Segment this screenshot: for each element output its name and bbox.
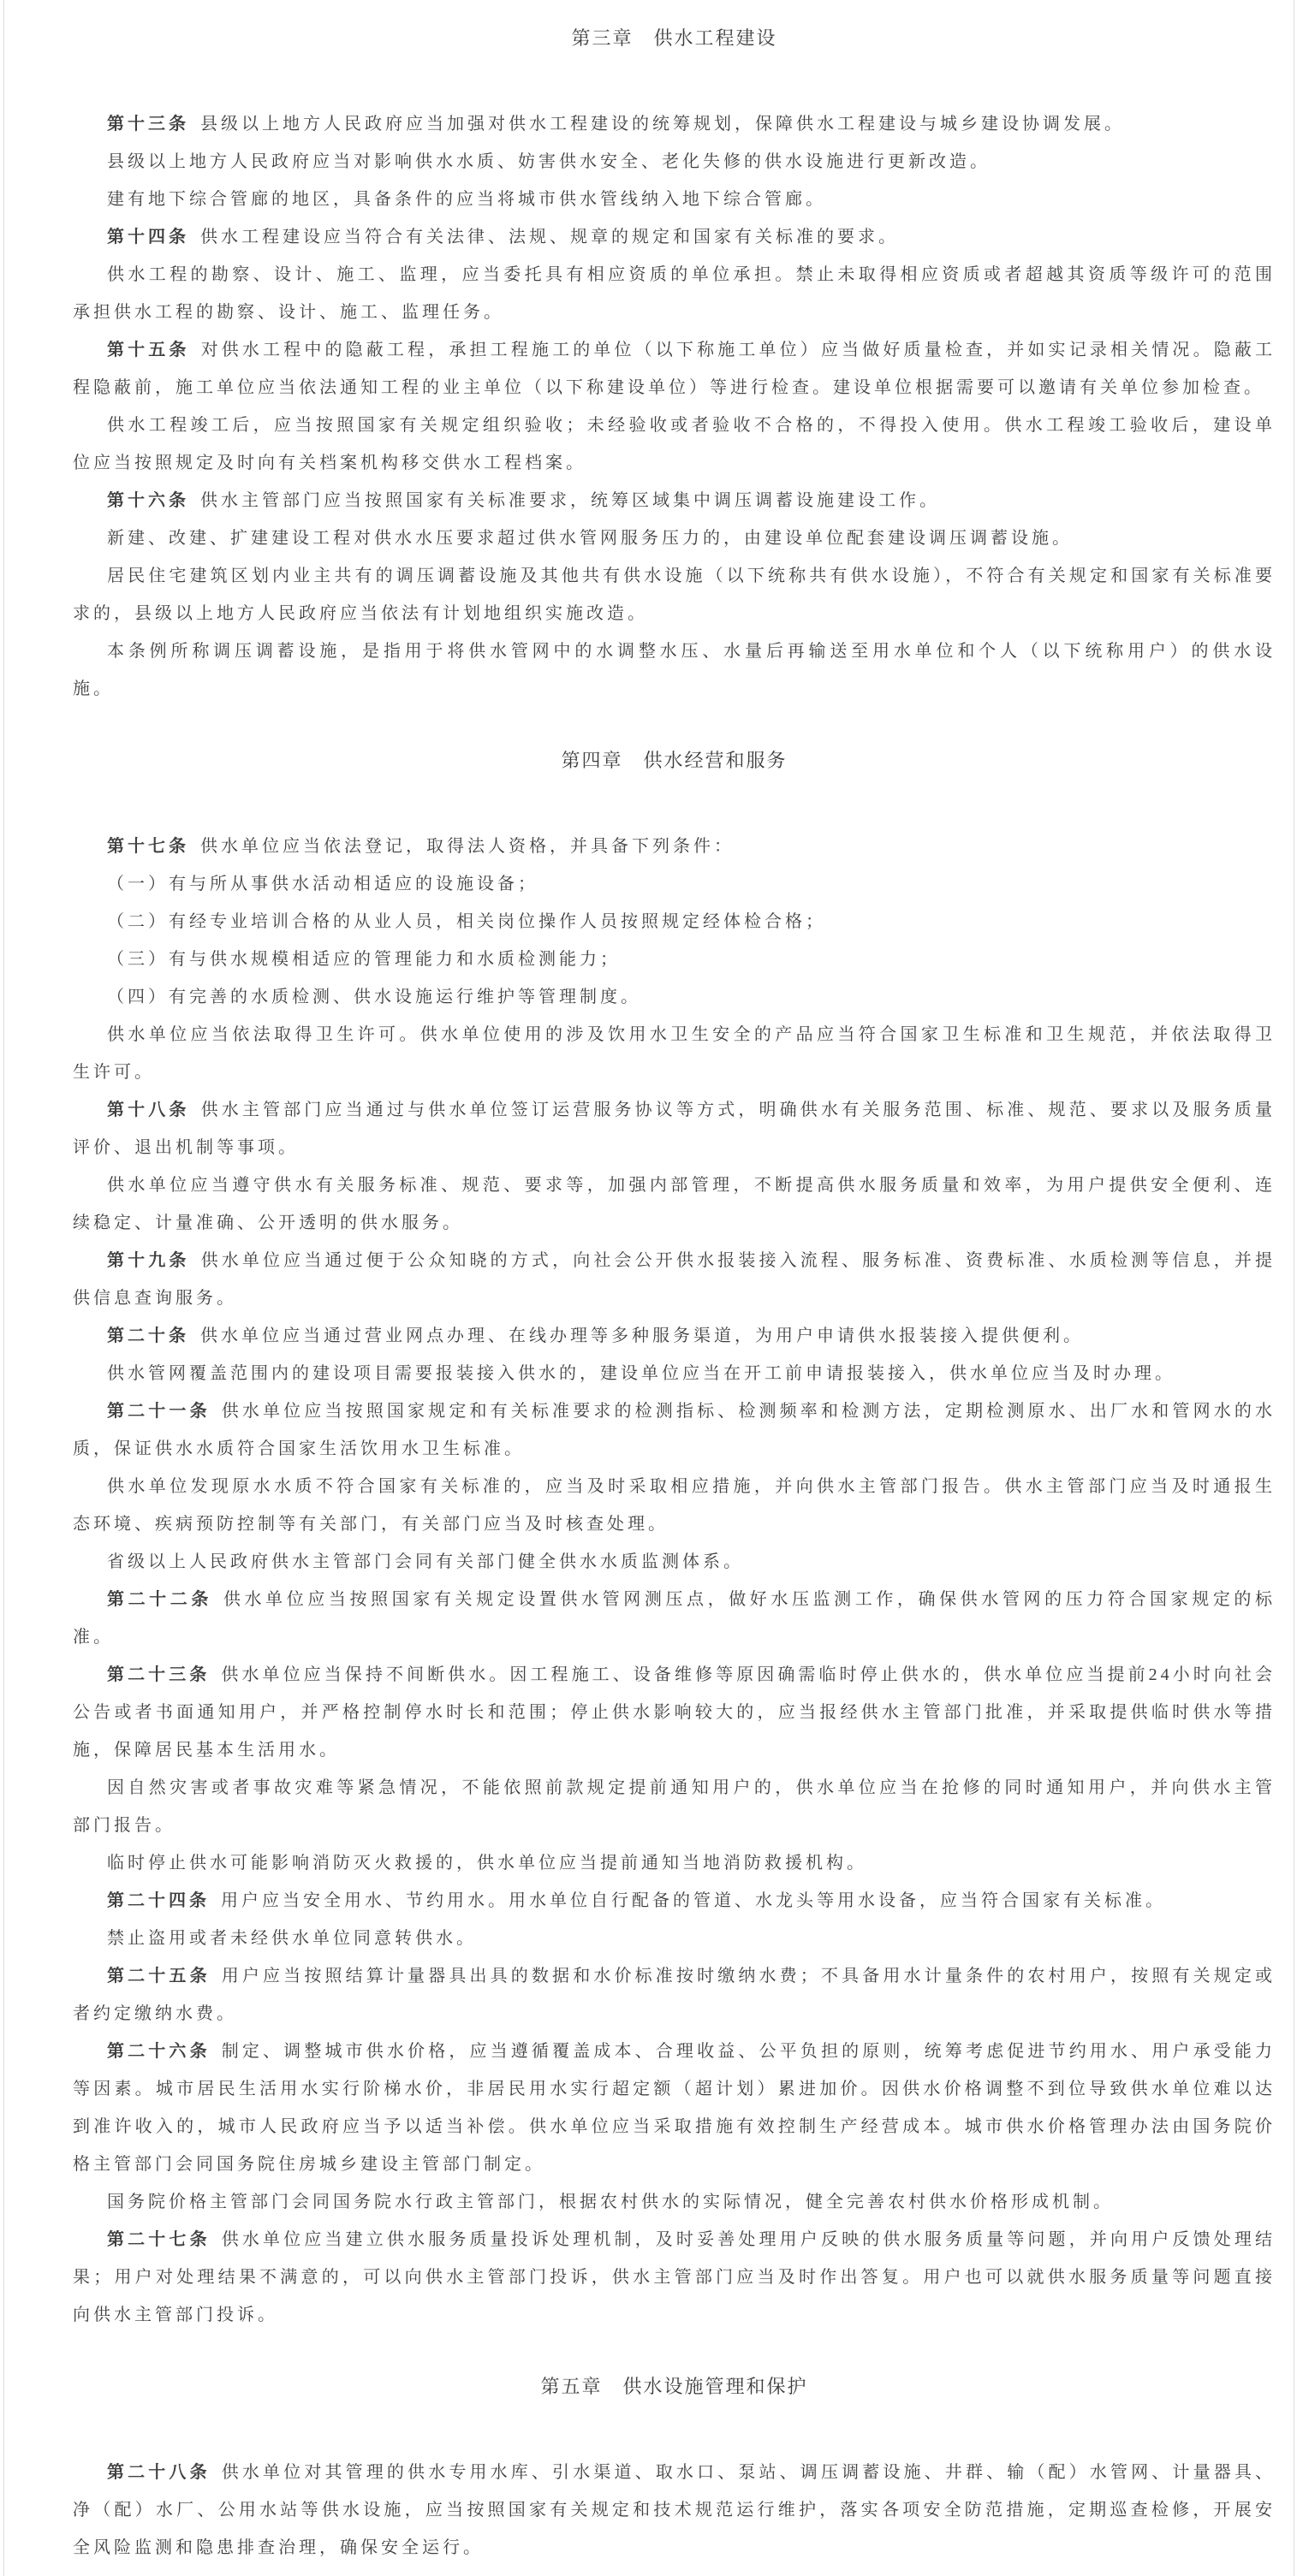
paragraph-text: 新建、改建、扩建建设工程对供水水压要求超过供水管网服务压力的，由建设单位配套建设… (107, 529, 1073, 548)
paragraph: 临时停止供水可能影响消防灭火救援的，供水单位应当提前通知当地消防救援机构。 (73, 1844, 1276, 1882)
paragraph: 供水单位发现原水水质不符合国家有关标准的，应当及时采取相应措施，并向供水主管部门… (73, 1468, 1276, 1543)
paragraph-text: （三）有与供水规模相适应的管理能力和水质检测能力； (107, 950, 621, 969)
paragraph-text: 供水单位应当依法取得卫生许可。供水单位使用的涉及饮用水卫生安全的产品应当符合国家… (73, 1025, 1276, 1082)
paragraph-text: 县级以上地方人民政府应当对影响供水水质、妨害供水安全、老化失修的供水设施进行更新… (107, 152, 991, 171)
paragraph-text: 县级以上地方人民政府应当加强对供水工程建设的统筹规划，保障供水工程建设与城乡建设… (200, 115, 1125, 134)
article-paragraph: 第二十八条供水单位对其管理的供水专用水库、引水渠道、取水口、泵站、调压调蓄设施、… (73, 2454, 1276, 2567)
paragraph: 本条例所称调压调蓄设施，是指用于将供水管网中的水调整水压、水量后再输送至用水单位… (73, 632, 1276, 708)
paragraph: 供水工程竣工后，应当按照国家有关规定组织验收；未经验收或者验收不合格的，不得投入… (73, 407, 1276, 482)
article-number: 第二十二条 (107, 1590, 212, 1609)
article-number: 第十七条 (107, 837, 189, 856)
article-number: 第二十三条 (107, 1665, 210, 1684)
paragraph: 供水单位应当遵守供水有关服务标准、规范、要求等，加强内部管理，不断提高供水服务质… (73, 1166, 1276, 1242)
paragraph-text: 用户应当安全用水、节约用水。用水单位自行配备的管道、水龙头等用水设备，应当符合国… (221, 1891, 1166, 1910)
paragraph: 居民住宅建筑区划内业主共有的调压调蓄设施及其他共有供水设施（以下统称共有供水设施… (73, 557, 1276, 632)
article-number: 第二十八条 (107, 2463, 211, 2482)
paragraph-text: 供水主管部门应当按照国家有关标准要求，统筹区域集中调压调蓄设施建设工作。 (200, 491, 940, 510)
article-paragraph: 第十六条供水主管部门应当按照国家有关标准要求，统筹区域集中调压调蓄设施建设工作。 (73, 482, 1276, 519)
paragraph-text: 供水单位应当依法登记，取得法人资格，并具备下列条件： (200, 837, 735, 856)
paragraph: 新建、改建、扩建建设工程对供水水压要求超过供水管网服务压力的，由建设单位配套建设… (73, 519, 1276, 557)
article-number: 第十九条 (107, 1251, 190, 1270)
paragraph: （四）有完善的水质检测、供水设施运行维护等管理制度。 (73, 978, 1276, 1016)
chapter-title: 第四章 供水经营和服务 (73, 742, 1276, 780)
article-paragraph: 第二十四条用户应当安全用水、节约用水。用水单位自行配备的管道、水龙头等用水设备，… (73, 1882, 1276, 1920)
paragraph-text: 临时停止供水可能影响消防灭火救援的，供水单位应当提前通知当地消防救援机构。 (107, 1854, 867, 1873)
paragraph-text: 省级以上人民政府供水主管部门会同有关部门健全供水水质监测体系。 (107, 1552, 744, 1571)
document-page: 第三章 供水工程建设第十三条县级以上地方人民政府应当加强对供水工程建设的统筹规划… (3, 0, 1294, 2576)
paragraph-text: 制定、调整城市供水价格，应当遵循覆盖成本、合理收益、公平负担的原则，统筹考虑促进… (73, 2042, 1276, 2174)
paragraph-text: （一）有与所从事供水活动相适应的设施设备； (107, 875, 538, 893)
article-paragraph: 第二十五条用户应当按照结算计量器具出具的数据和水价标准按时缴纳水费；不具备用水计… (73, 1957, 1276, 2033)
paragraph-text: 供水单位应当保持不间断供水。因工程施工、设备维修等原因确需临时停止供水的，供水单… (73, 1665, 1276, 1760)
paragraph-text: 供水管网覆盖范围内的建设项目需要报装接入供水的，建设单位应当在开工前申请报装接入… (107, 1364, 1175, 1383)
article-number: 第十五条 (107, 341, 190, 359)
article-paragraph: 第十五条对供水工程中的隐蔽工程，承担工程施工的单位（以下称施工单位）应当做好质量… (73, 331, 1276, 407)
paragraph: 国务院价格主管部门会同国务院水行政主管部门，根据农村供水的实际情况，健全完善农村… (73, 2183, 1276, 2221)
article-number: 第二十一条 (107, 1402, 211, 1421)
regulation-body: 第三章 供水工程建设第十三条县级以上地方人民政府应当加强对供水工程建设的统筹规划… (73, 20, 1276, 2567)
article-number: 第二十七条 (107, 2230, 211, 2249)
article-number: 第二十五条 (107, 1967, 211, 1985)
article-paragraph: 第十三条县级以上地方人民政府应当加强对供水工程建设的统筹规划，保障供水工程建设与… (73, 105, 1276, 143)
article-paragraph: 第二十三条供水单位应当保持不间断供水。因工程施工、设备维修等原因确需临时停止供水… (73, 1656, 1276, 1769)
article-paragraph: 第十九条供水单位应当通过便于公众知晓的方式，向社会公开供水报装接入流程、服务标准… (73, 1242, 1276, 1317)
paragraph: 因自然灾害或者事故灾难等紧急情况，不能依照前款规定提前通知用户的，供水单位应当在… (73, 1769, 1276, 1844)
paragraph-text: 供水单位应当按照国家规定和有关标准要求的检测指标、检测频率和检测方法，定期检测原… (73, 1402, 1276, 1458)
paragraph-text: 供水单位应当按照国家有关规定设置供水管网测压点，做好水压监测工作，确保供水管网的… (73, 1590, 1276, 1647)
paragraph-text: 本条例所称调压调蓄设施，是指用于将供水管网中的水调整水压、水量后再输送至用水单位… (73, 642, 1276, 698)
article-paragraph: 第十八条供水主管部门应当通过与供水单位签订运营服务协议等方式，明确供水有关服务范… (73, 1091, 1276, 1166)
paragraph-text: 供水单位应当通过便于公众知晓的方式，向社会公开供水报装接入流程、服务标准、资费标… (73, 1251, 1276, 1308)
paragraph-text: 供水单位对其管理的供水专用水库、引水渠道、取水口、泵站、调压调蓄设施、井群、输（… (73, 2463, 1276, 2557)
paragraph-text: 供水单位应当遵守供水有关服务标准、规范、要求等，加强内部管理，不断提高供水服务质… (73, 1176, 1276, 1232)
article-paragraph: 第十七条供水单位应当依法登记，取得法人资格，并具备下列条件： (73, 828, 1276, 865)
article-number: 第十八条 (107, 1101, 190, 1119)
paragraph: （三）有与供水规模相适应的管理能力和水质检测能力； (73, 941, 1276, 978)
chapter-title: 第三章 供水工程建设 (73, 20, 1276, 57)
paragraph-text: 居民住宅建筑区划内业主共有的调压调蓄设施及其他共有供水设施（以下统称共有供水设施… (73, 567, 1276, 623)
paragraph-text: （二）有经专业培训合格的从业人员，相关岗位操作人员按照规定经体检合格； (107, 912, 826, 931)
paragraph-text: 用户应当按照结算计量器具出具的数据和水价标准按时缴纳水费；不具备用水计量条件的农… (73, 1967, 1276, 2023)
article-number: 第十四条 (107, 228, 189, 246)
paragraph-text: 供水主管部门应当通过与供水单位签订运营服务协议等方式，明确供水有关服务范围、标准… (73, 1101, 1276, 1157)
paragraph-text: 供水工程的勘察、设计、施工、监理，应当委托具有相应资质的单位承担。禁止未取得相应… (73, 265, 1276, 322)
article-number: 第二十六条 (107, 2042, 211, 2061)
paragraph-text: 供水单位应当通过营业网点办理、在线办理等多种服务渠道，为用户申请供水报装接入提供… (200, 1327, 1084, 1345)
article-number: 第十三条 (107, 115, 189, 134)
paragraph-text: 因自然灾害或者事故灾难等紧急情况，不能依照前款规定提前通知用户的，供水单位应当在… (73, 1778, 1276, 1835)
paragraph: （一）有与所从事供水活动相适应的设施设备； (73, 865, 1276, 903)
paragraph: 禁止盗用或者未经供水单位同意转供水。 (73, 1920, 1276, 1957)
paragraph: 供水工程的勘察、设计、施工、监理，应当委托具有相应资质的单位承担。禁止未取得相应… (73, 256, 1276, 331)
paragraph-text: 供水工程建设应当符合有关法律、法规、规章的规定和国家有关标准的要求。 (200, 228, 899, 246)
paragraph-text: （四）有完善的水质检测、供水设施运行维护等管理制度。 (107, 988, 641, 1006)
paragraph: 供水单位应当依法取得卫生许可。供水单位使用的涉及饮用水卫生安全的产品应当符合国家… (73, 1016, 1276, 1091)
paragraph-text: 建有地下综合管廊的地区，具备条件的应当将城市供水管线纳入地下综合管廊。 (107, 190, 826, 209)
paragraph-text: 供水工程竣工后，应当按照国家有关规定组织验收；未经验收或者验收不合格的，不得投入… (73, 416, 1276, 472)
paragraph: （二）有经专业培训合格的从业人员，相关岗位操作人员按照规定经体检合格； (73, 903, 1276, 941)
article-paragraph: 第二十七条供水单位应当建立供水服务质量投诉处理机制，及时妥善处理用户反映的供水服… (73, 2221, 1276, 2334)
paragraph-text: 禁止盗用或者未经供水单位同意转供水。 (107, 1929, 477, 1948)
paragraph: 供水管网覆盖范围内的建设项目需要报装接入供水的，建设单位应当在开工前申请报装接入… (73, 1355, 1276, 1392)
paragraph: 县级以上地方人民政府应当对影响供水水质、妨害供水安全、老化失修的供水设施进行更新… (73, 143, 1276, 181)
article-paragraph: 第十四条供水工程建设应当符合有关法律、法规、规章的规定和国家有关标准的要求。 (73, 218, 1276, 256)
article-paragraph: 第二十二条供水单位应当按照国家有关规定设置供水管网测压点，做好水压监测工作，确保… (73, 1581, 1276, 1656)
paragraph-text: 供水单位应当建立供水服务质量投诉处理机制，及时妥善处理用户反映的供水服务质量等问… (73, 2230, 1276, 2324)
article-paragraph: 第二十条供水单位应当通过营业网点办理、在线办理等多种服务渠道，为用户申请供水报装… (73, 1317, 1276, 1355)
paragraph-text: 供水单位发现原水水质不符合国家有关标准的，应当及时采取相应措施，并向供水主管部门… (73, 1477, 1276, 1534)
paragraph-text: 国务院价格主管部门会同国务院水行政主管部门，根据农村供水的实际情况，健全完善农村… (107, 2193, 1114, 2211)
chapter-title: 第五章 供水设施管理和保护 (73, 2368, 1276, 2406)
paragraph: 建有地下综合管廊的地区，具备条件的应当将城市供水管线纳入地下综合管廊。 (73, 181, 1276, 218)
paragraph-text: 对供水工程中的隐蔽工程，承担工程施工的单位（以下称施工单位）应当做好质量检查，并… (73, 341, 1276, 397)
paragraph: 省级以上人民政府供水主管部门会同有关部门健全供水水质监测体系。 (73, 1543, 1276, 1581)
article-paragraph: 第二十六条制定、调整城市供水价格，应当遵循覆盖成本、合理收益、公平负担的原则，统… (73, 2033, 1276, 2183)
article-number: 第二十四条 (107, 1891, 210, 1910)
article-number: 第十六条 (107, 491, 189, 510)
article-number: 第二十条 (107, 1327, 189, 1345)
article-paragraph: 第二十一条供水单位应当按照国家规定和有关标准要求的检测指标、检测频率和检测方法，… (73, 1392, 1276, 1468)
